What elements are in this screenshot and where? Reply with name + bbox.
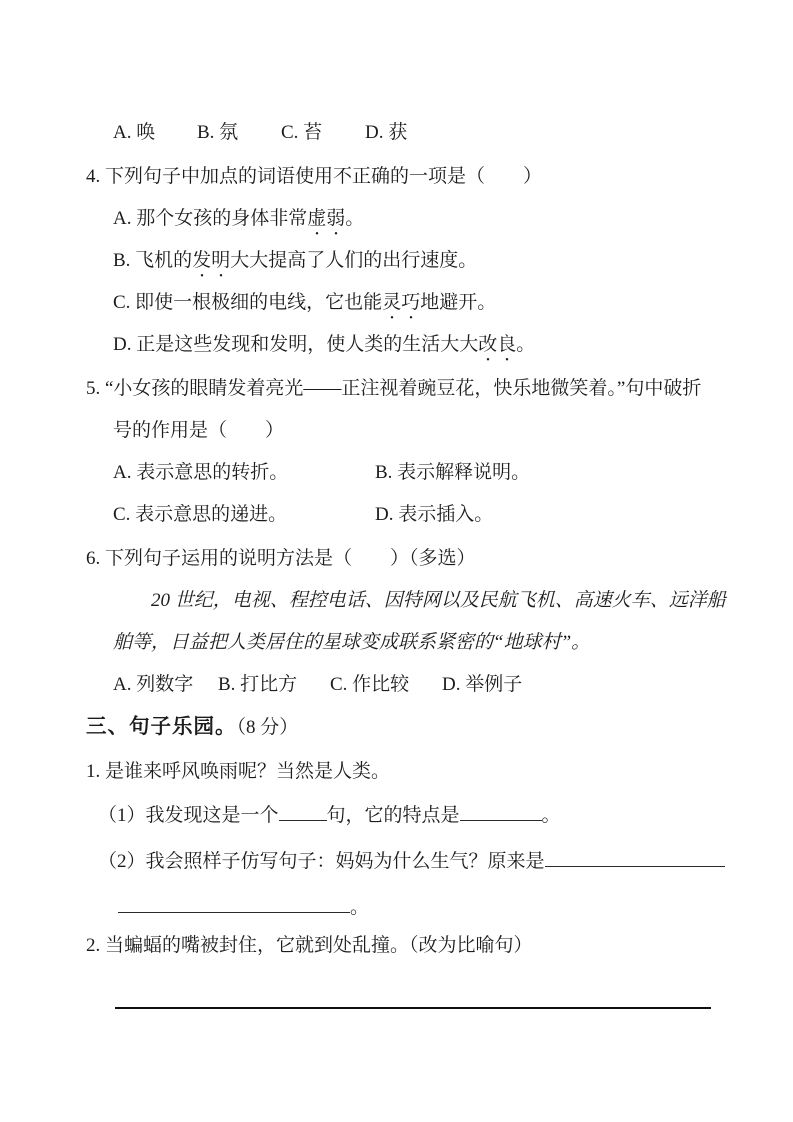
option-text: 。 [345, 208, 364, 229]
q5-option-c: C. 表示意思的递进。 [113, 494, 375, 536]
q6-option-b: B. 打比方 [218, 664, 330, 706]
option-text: 大大提高了人们的出行速度。 [230, 250, 477, 271]
section3-heading-row: 三、句子乐园。（8 分） [86, 706, 793, 749]
fill-in-blank [118, 895, 350, 913]
q4-stem: 4. 下列句子中加点的词语使用不正确的一项是（ ） [86, 156, 793, 198]
s3-q1-stem: 1. 是谁来呼风唤雨呢？当然是人类。 [86, 751, 793, 793]
answer-line [115, 983, 711, 1009]
sub-question-text: 。 [350, 897, 369, 918]
q6-option-d: D. 举例子 [442, 664, 522, 706]
q4-option-d: D. 正是这些发现和发明，使人类的生活大大改良。 [113, 324, 793, 366]
q3-option-d: D. 获 [365, 112, 407, 154]
section-points: （8 分） [237, 717, 299, 738]
q5-option-a: A. 表示意思的转折。 [113, 452, 375, 494]
sub-question-text: 。 [542, 805, 561, 826]
q3-option-a: A. 唤 [113, 112, 197, 154]
q5-stem-line1: 5. “小女孩的眼睛发着亮光——正注视着豌豆花，快乐地微笑着。”句中破折 [86, 368, 793, 410]
fill-in-blank [545, 849, 725, 867]
q5-options-row1: A. 表示意思的转折。B. 表示解释说明。 [113, 452, 793, 494]
sub-question-text: 句，它的特点是 [327, 805, 460, 826]
option-text: 地避开。 [420, 292, 496, 313]
s3-q2-stem: 2. 当蝙蝠的嘴被封住，它就到处乱撞。（改为比喻句） [86, 925, 793, 967]
emphasized-word: 发明 [192, 250, 230, 271]
q5-option-d: D. 表示插入。 [375, 504, 493, 525]
fill-in-blank [279, 803, 327, 821]
q4-option-c: C. 即使一根极细的电线，它也能灵巧地避开。 [113, 282, 793, 324]
section-title: 三、句子乐园。 [86, 715, 237, 738]
exam-paper-page: A. 唤B. 氛C. 苔D. 获 4. 下列句子中加点的词语使用不正确的一项是（… [0, 0, 793, 1122]
q4-option-a: A. 那个女孩的身体非常虚弱。 [113, 198, 793, 240]
option-text: C. 即使一根极细的电线，它也能 [113, 292, 382, 313]
q5-stem-line2: 号的作用是（ ） [113, 410, 793, 452]
q4-option-b: B. 飞机的发明大大提高了人们的出行速度。 [113, 240, 793, 282]
q6-passage-line2: 舶等，日益把人类居住的星球变成联系紧密的“地球村”。 [113, 622, 793, 664]
q5-option-b: B. 表示解释说明。 [375, 462, 530, 483]
s3-q1-sub2: （2）我会照样子仿写句子：妈妈为什么生气？原来是 [98, 841, 793, 883]
s3-q1-sub1: （1）我发现这是一个句，它的特点是。 [98, 795, 793, 837]
q5-options-row2: C. 表示意思的递进。D. 表示插入。 [113, 494, 793, 536]
option-text: D. 正是这些发现和发明，使人类的生活大大 [113, 334, 478, 355]
q6-options-row: A. 列数字B. 打比方C. 作比较D. 举例子 [113, 664, 793, 706]
emphasized-word: 灵巧 [382, 292, 420, 313]
option-text: B. 飞机的 [113, 250, 192, 271]
option-text: 。 [516, 334, 535, 355]
q6-option-c: C. 作比较 [330, 664, 442, 706]
q6-passage-line1: 20 世纪，电视、程控电话、因特网以及民航飞机、高速火车、远洋船 [113, 580, 793, 622]
q3-options-row: A. 唤B. 氛C. 苔D. 获 [113, 112, 793, 154]
q3-option-c: C. 苔 [281, 112, 365, 154]
sub-question-text: （1）我发现这是一个 [98, 805, 279, 826]
emphasized-word: 虚弱 [307, 208, 345, 229]
q6-stem: 6. 下列句子运用的说明方法是（ ）（多选） [86, 538, 793, 580]
emphasized-word: 改良 [478, 334, 516, 355]
option-text: A. 那个女孩的身体非常 [113, 208, 307, 229]
q3-option-b: B. 氛 [197, 112, 281, 154]
sub-question-text: （2）我会照样子仿写句子：妈妈为什么生气？原来是 [98, 851, 545, 872]
s3-q1-sub2-continuation: 。 [118, 887, 793, 929]
fill-in-blank [460, 803, 542, 821]
q6-option-a: A. 列数字 [113, 664, 218, 706]
